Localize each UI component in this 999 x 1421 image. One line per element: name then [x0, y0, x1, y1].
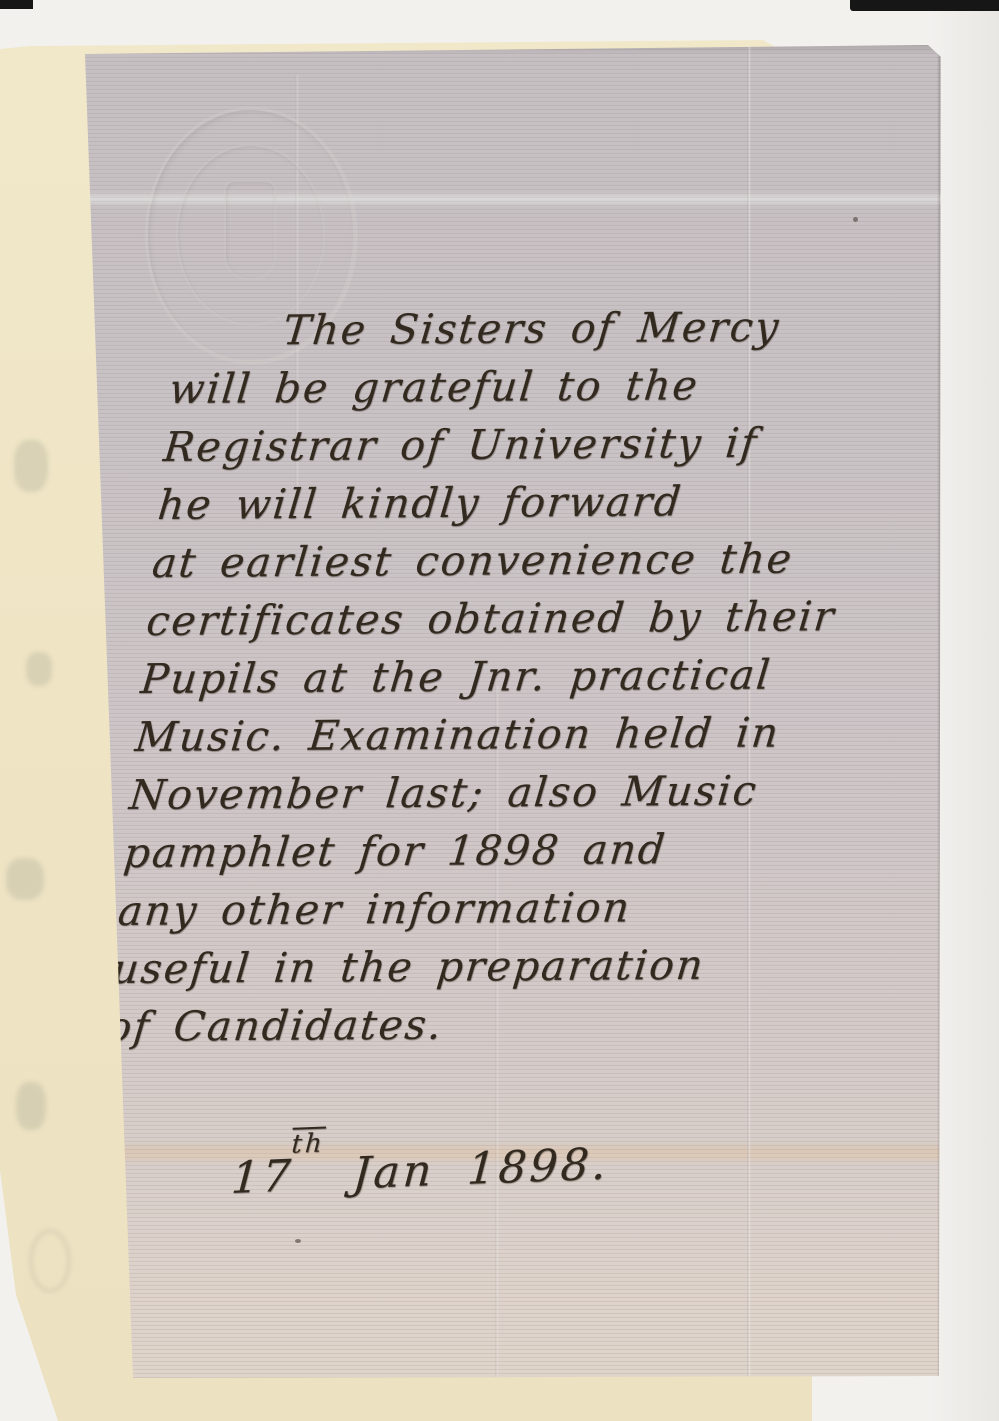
letter-page: The Sisters of Mercy will be grateful to… — [83, 45, 941, 1378]
show-through-mark — [26, 652, 52, 686]
show-through-mark — [6, 858, 44, 900]
date-text: Jan 1898. — [351, 1139, 610, 1200]
handwritten-line: pamphlet for 1898 and — [121, 818, 937, 882]
show-through-mark — [14, 440, 48, 492]
handwritten-line: he will kindly forward — [155, 470, 971, 534]
handwritten-line: at earliest convenience the — [150, 528, 966, 592]
show-through-mark — [16, 1082, 46, 1130]
ink-speck — [295, 1239, 301, 1243]
scanned-letter-image: The Sisters of Mercy will be grateful to… — [0, 0, 999, 1421]
show-through-mark — [30, 1230, 70, 1292]
handwritten-line: The Sisters of Mercy — [172, 296, 988, 360]
date-day: 17 — [230, 1151, 296, 1204]
handwritten-line: useful in the preparation — [110, 934, 926, 998]
letter-body: The Sisters of Mercy will be grateful to… — [104, 296, 989, 1056]
ink-speck — [853, 217, 858, 222]
embossed-seal-crest — [224, 180, 276, 280]
handwritten-line: will be grateful to the — [167, 354, 983, 418]
handwritten-line: Pupils at the Jnr. practical — [138, 644, 954, 708]
date-ordinal-superscript: th — [291, 1129, 326, 1160]
handwritten-line: of Candidates. — [104, 992, 920, 1056]
handwritten-line: certificates obtained by their — [144, 586, 960, 650]
scanner-edge-strip-left — [0, 0, 33, 9]
handwritten-line: Music. Examination held in — [132, 702, 948, 766]
scanner-edge-strip-right — [850, 0, 999, 11]
handwritten-line: any other information — [115, 876, 931, 940]
handwritten-line: Registrar of University if — [161, 412, 977, 476]
handwritten-line: November last; also Music — [127, 760, 943, 824]
